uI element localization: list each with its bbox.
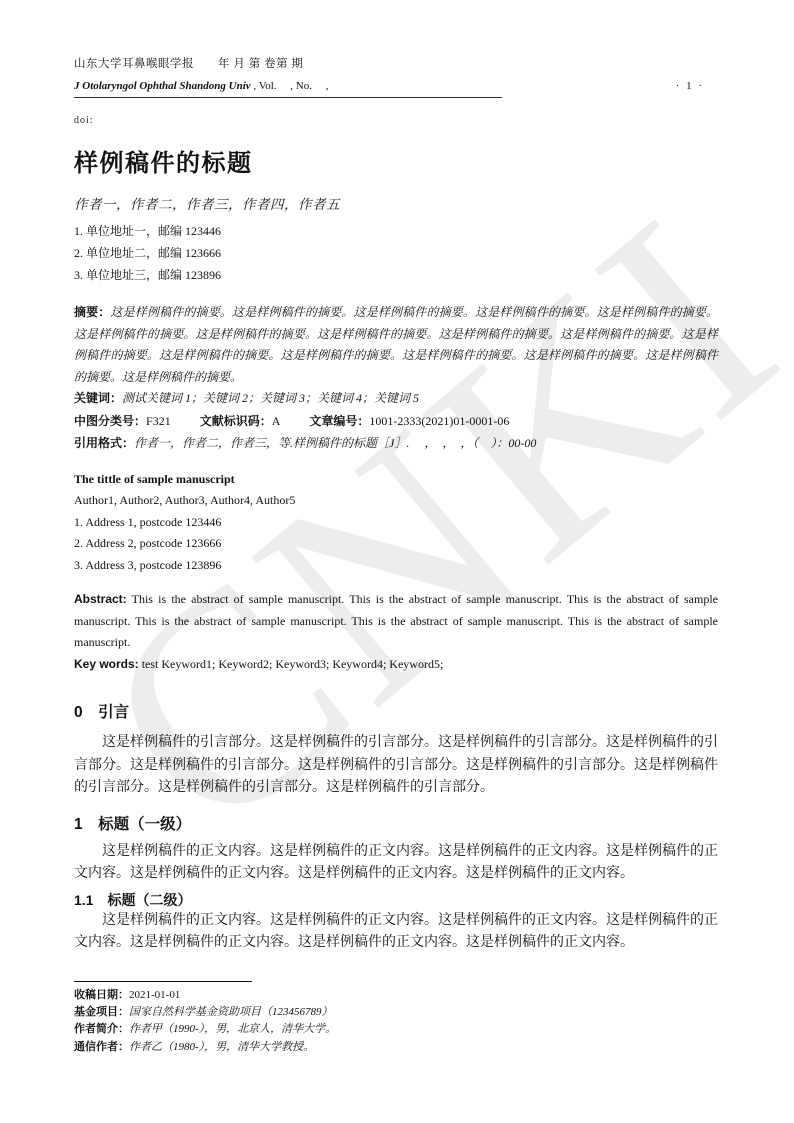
affiliation-en-item: 3. Address 3, postcode 123896 bbox=[74, 555, 718, 577]
article-id-label: 文章编号： bbox=[309, 414, 369, 428]
journal-name-en: J Otolaryngol Ophthal Shandong Univ , Vo… bbox=[74, 79, 328, 94]
authors-cn: 作者一，作者二，作者三，作者四，作者五 bbox=[74, 196, 718, 214]
citation-line: 引用格式：作者一，作者二，作者三，等.样例稿件的标题［J］. ， ， ，（ ）：… bbox=[74, 432, 718, 454]
footnote-label: 通信作者： bbox=[74, 1041, 129, 1053]
footnote-row-author-bio: 作者简介：作者甲（1990-），男，北京人，清华大学。 bbox=[74, 1021, 718, 1038]
english-meta-block: The tittle of sample manuscript Author1,… bbox=[74, 469, 718, 577]
affiliation-en-item: 1. Address 1, postcode 123446 bbox=[74, 512, 718, 534]
doc-code-pair: 文献标识码：A bbox=[200, 414, 281, 428]
keywords-cn-text: 测试关键词 1；关键词 2；关键词 3；关键词 4；关键词 5 bbox=[122, 391, 419, 405]
section-paragraph: 这是样例稿件的引言部分。这是样例稿件的引言部分。这是样例稿件的引言部分。这是样例… bbox=[74, 732, 718, 800]
clc-label: 中图分类号： bbox=[74, 414, 146, 428]
section-paragraph: 这是样例稿件的正文内容。这是样例稿件的正文内容。这是样例稿件的正文内容。这是样例… bbox=[74, 841, 718, 886]
abstract-cn-label: 摘要： bbox=[74, 305, 110, 319]
abstract-en-label: Abstract: bbox=[74, 592, 127, 606]
citation-label: 引用格式： bbox=[74, 436, 134, 450]
keywords-en: Key words: test Keyword1; Keyword2; Keyw… bbox=[74, 654, 718, 676]
affiliations-cn: 1. 单位地址一，邮编 123446 2. 单位地址二，邮编 123666 3.… bbox=[74, 220, 718, 286]
affiliation-cn-item: 1. 单位地址一，邮编 123446 bbox=[74, 220, 718, 242]
abstract-en-text: This is the abstract of sample manuscrip… bbox=[74, 592, 718, 649]
keywords-cn: 关键词：测试关键词 1；关键词 2；关键词 3；关键词 4；关键词 5 bbox=[74, 388, 718, 410]
journal-name-cn: 山东大学耳鼻喉眼学报 年 月 第 卷第 期 bbox=[74, 57, 328, 72]
footnote-value: 2021-01-01 bbox=[129, 989, 180, 1001]
doi-line: doi: bbox=[74, 115, 718, 126]
article-title-cn: 样例稿件的标题 bbox=[74, 149, 718, 179]
section-heading-level1: 1 标题（一级） bbox=[74, 814, 718, 835]
section-heading-level2: 1.1 标题（二级） bbox=[74, 890, 718, 910]
article-id-value: 1001-2333(2021)01-0001-06 bbox=[369, 414, 509, 428]
section-heading-intro: 0 引言 bbox=[74, 702, 718, 723]
footnote-label: 作者简介： bbox=[74, 1023, 129, 1035]
doc-code-label: 文献标识码： bbox=[200, 414, 272, 428]
running-header-left: 山东大学耳鼻喉眼学报 年 月 第 卷第 期 J Otolaryngol Opht… bbox=[74, 57, 328, 94]
journal-vol-no: , Vol. , No. , bbox=[251, 80, 329, 92]
footnote-divider bbox=[74, 981, 252, 982]
footnote-label: 收稿日期： bbox=[74, 989, 129, 1001]
classification-line: 中图分类号：F321 文献标识码：A 文章编号：1001-2333(2021)0… bbox=[74, 410, 718, 432]
keywords-cn-label: 关键词： bbox=[74, 391, 122, 405]
authors-en: Author1, Author2, Author3, Author4, Auth… bbox=[74, 490, 718, 512]
keywords-en-label: Key words: bbox=[74, 657, 139, 671]
citation-value: 作者一，作者二，作者三，等.样例稿件的标题［J］. ， ， ，（ ）：00-00 bbox=[134, 436, 536, 450]
abstract-en: Abstract: This is the abstract of sample… bbox=[74, 589, 718, 654]
abstract-cn: 摘要：这是样例稿件的摘要。这是样例稿件的摘要。这是样例稿件的摘要。这是样例稿件的… bbox=[74, 302, 718, 388]
footnote-row-fund: 基金项目：国家自然科学基金资助项目（123456789） bbox=[74, 1004, 718, 1021]
footnote-value: 作者甲（1990-），男，北京人，清华大学。 bbox=[129, 1023, 336, 1035]
article-title-en: The tittle of sample manuscript bbox=[74, 469, 718, 491]
journal-name-en-italic: J Otolaryngol Ophthal Shandong Univ bbox=[74, 80, 251, 92]
footnote-value: 作者乙（1980-），男，清华大学教授。 bbox=[129, 1041, 314, 1053]
affiliation-en-item: 2. Address 2, postcode 123666 bbox=[74, 533, 718, 555]
abstract-cn-text: 这是样例稿件的摘要。这是样例稿件的摘要。这是样例稿件的摘要。这是样例稿件的摘要。… bbox=[74, 305, 718, 384]
header-rule bbox=[74, 97, 502, 98]
keywords-en-text: test Keyword1; Keyword2; Keyword3; Keywo… bbox=[139, 657, 444, 671]
journal-page: CNKI 山东大学耳鼻喉眼学报 年 月 第 卷第 期 J Otolaryngol… bbox=[0, 0, 794, 1123]
page-content: 山东大学耳鼻喉眼学报 年 月 第 卷第 期 J Otolaryngol Opht… bbox=[74, 57, 718, 955]
clc-value: F321 bbox=[146, 414, 171, 428]
page-number: · 1 · bbox=[676, 79, 718, 94]
footnote-label: 基金项目： bbox=[74, 1006, 129, 1018]
section-paragraph: 这是样例稿件的正文内容。这是样例稿件的正文内容。这是样例稿件的正文内容。这是样例… bbox=[74, 910, 718, 955]
article-id-pair: 文章编号：1001-2333(2021)01-0001-06 bbox=[309, 414, 509, 428]
footnote-block: 收稿日期：2021-01-01 基金项目：国家自然科学基金资助项目（123456… bbox=[74, 981, 718, 1056]
clc-pair: 中图分类号：F321 bbox=[74, 414, 171, 428]
footnote-row-corresponding: 通信作者：作者乙（1980-），男，清华大学教授。 bbox=[74, 1039, 718, 1056]
running-header: 山东大学耳鼻喉眼学报 年 月 第 卷第 期 J Otolaryngol Opht… bbox=[74, 57, 718, 94]
affiliation-cn-item: 3. 单位地址三，邮编 123896 bbox=[74, 264, 718, 286]
doc-code-value: A bbox=[272, 414, 281, 428]
footnote-row-received: 收稿日期：2021-01-01 bbox=[74, 987, 718, 1004]
footnote-value: 国家自然科学基金资助项目（123456789） bbox=[129, 1006, 333, 1018]
affiliation-cn-item: 2. 单位地址二，邮编 123666 bbox=[74, 242, 718, 264]
